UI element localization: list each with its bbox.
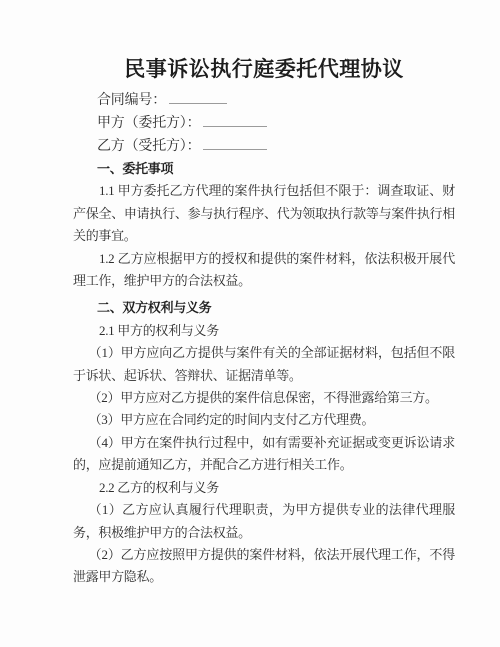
clause-1-1: 1.1 甲方委托乙方代理的案件执行包括但不限于：调查取证、财产保全、申请执行、参…: [73, 180, 455, 247]
section-2-heading: 二、双方权利与义务: [73, 297, 455, 319]
contract-number-label: 合同编号：: [97, 93, 166, 108]
party-b-blank: [203, 135, 267, 150]
clause-1-2: 1.2 乙方应根据甲方的授权和提供的案件材料，依法积极开展代理工作，维护甲方的合…: [73, 248, 455, 293]
document-page: 民事诉讼执行庭委托代理协议 合同编号： 甲方（委托方）： 乙方（受托方）： 一、…: [0, 0, 500, 647]
clause-2-2-heading: 2.2 乙方的权利与义务: [73, 477, 455, 499]
clause-2-1-heading: 2.1 甲方的权利与义务: [73, 320, 455, 342]
document-title: 民事诉讼执行庭委托代理协议: [73, 0, 455, 83]
clause-2-1-item-4: （4）甲方在案件执行过程中，如有需要补充证据或变更诉讼请求的，应提前通知乙方，并…: [73, 432, 455, 477]
party-b-label: 乙方（受托方）：: [97, 139, 200, 154]
clause-2-2-item-1: （1）乙方应认真履行代理职责，为甲方提供专业的法律代理服务，积极维护甲方的合法权…: [73, 499, 455, 544]
clause-2-1-item-2: （2）甲方应对乙方提供的案件信息保密，不得泄露给第三方。: [73, 387, 455, 409]
contract-number-row: 合同编号：: [97, 89, 455, 112]
party-a-blank: [203, 112, 267, 127]
clause-2-2-item-2: （2）乙方应按照甲方提供的案件材料，依法开展代理工作，不得泄露甲方隐私。: [73, 544, 455, 589]
clause-2-1-item-1: （1）甲方应向乙方提供与案件有关的全部证据材料，包括但不限于诉状、起诉状、答辩状…: [73, 342, 455, 387]
document-content: 民事诉讼执行庭委托代理协议 合同编号： 甲方（委托方）： 乙方（受托方）： 一、…: [0, 0, 500, 589]
party-b-row: 乙方（受托方）：: [97, 135, 455, 158]
party-a-row: 甲方（委托方）：: [97, 112, 455, 135]
clause-2-1-item-3: （3）甲方应在合同约定的时间内支付乙方代理费。: [73, 409, 455, 431]
document-body: 一、委托事项 1.1 甲方委托乙方代理的案件执行包括但不限于：调查取证、财产保全…: [73, 158, 455, 589]
header-fields: 合同编号： 甲方（委托方）： 乙方（受托方）：: [73, 89, 455, 158]
contract-number-blank: [169, 89, 227, 104]
section-1-heading: 一、委托事项: [73, 158, 455, 180]
party-a-label: 甲方（委托方）：: [97, 116, 200, 131]
